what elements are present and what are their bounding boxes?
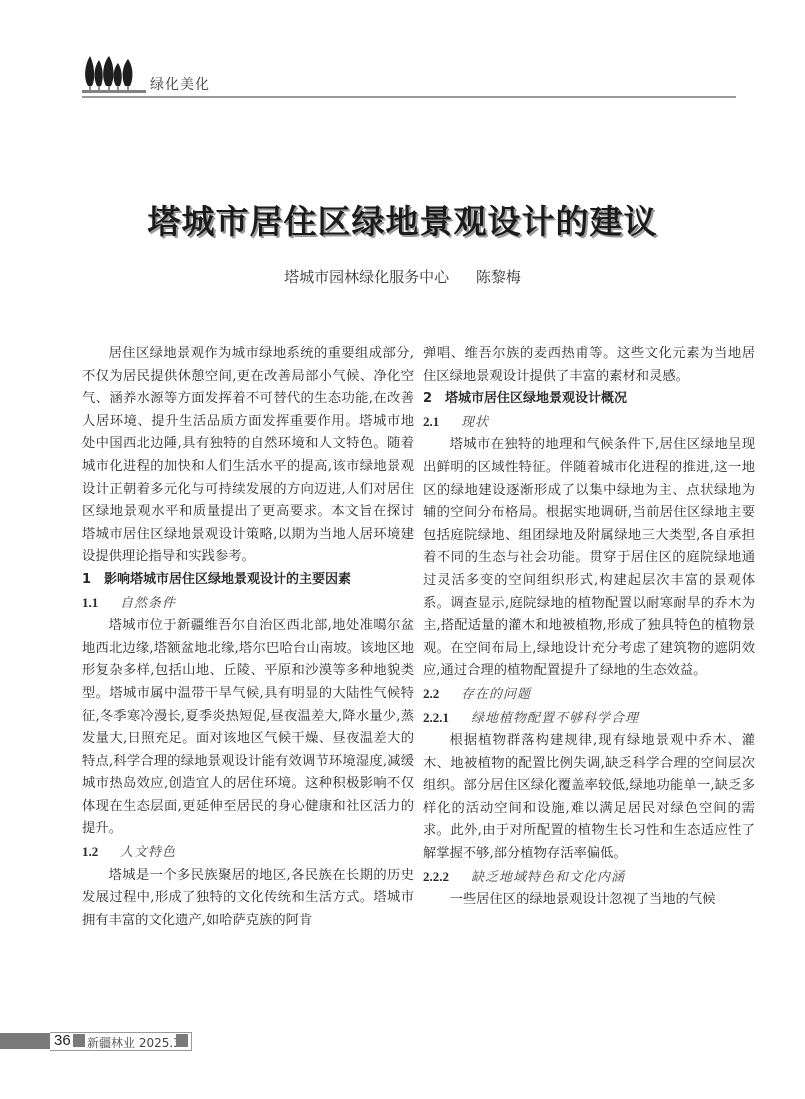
subsection-number: 2.2.1 [423, 707, 471, 730]
subsection-number: 2.1 [423, 411, 461, 434]
subsection-heading-1-1: 1.1自然条件 [82, 592, 414, 616]
footer-square [176, 1034, 188, 1047]
subsection-number: 1.2 [82, 841, 120, 864]
subsection-heading-2-2-1: 2.2.1绿地植物配置不够科学合理 [423, 707, 755, 731]
subsection-title: 人文特色 [120, 845, 176, 860]
subsection-title: 存在的问题 [461, 687, 531, 702]
section-number: 1 [82, 569, 104, 592]
right-column: 弹唱、维吾尔族的麦西热甫等。这些文化元素为当地居住区绿地景观设计提供了丰富的素材… [423, 343, 755, 912]
paragraph-natural-conditions: 塔城市位于新疆维吾尔自治区西北部,地处准噶尔盆地西北边缘,塔额盆地北缘,塔尔巴哈… [82, 615, 414, 841]
intro-paragraph: 居住区绿地景观作为城市绿地系统的重要组成部分,不仅为居民提供休憩空间,更在改善局… [82, 343, 414, 569]
section-heading-2: 2塔城市居住区绿地景观设计概况 [423, 388, 755, 411]
byline: 塔城市园林绿化服务中心 陈黎梅 [0, 266, 805, 287]
subsection-heading-2-1: 2.1现状 [423, 411, 755, 435]
section-number: 2 [423, 388, 445, 411]
subsection-title: 现状 [461, 415, 489, 430]
paragraph-regional-features: 一些居住区的绿地景观设计忽视了当地的气候 [423, 889, 755, 912]
subsection-heading-1-2: 1.2人文特色 [82, 841, 414, 865]
section-title: 塔城市居住区绿地景观设计概况 [445, 391, 627, 406]
page-number: 36 [54, 1032, 71, 1049]
article-title: 塔城市居住区绿地景观设计的建议 [0, 196, 805, 243]
paragraph-cultural-features: 塔城是一个多民族聚居的地区,各民族在长期的历史发展过程中,形成了独特的文化传统和… [82, 865, 414, 933]
subsection-title: 绿地植物配置不够科学合理 [471, 711, 639, 726]
footer-bar [0, 1033, 50, 1049]
subsection-heading-2-2-2: 2.2.2缺乏地域特色和文化内涵 [423, 866, 755, 890]
subsection-number: 2.2 [423, 683, 461, 706]
paragraph-plant-configuration: 根据植物群落构建规律,现有绿地景观中乔木、灌木、地被植物的配置比例失调,缺乏科学… [423, 730, 755, 866]
subsection-number: 2.2.2 [423, 866, 471, 889]
left-column: 居住区绿地景观作为城市绿地系统的重要组成部分,不仅为居民提供休憩空间,更在改善局… [82, 343, 414, 932]
header-rule [82, 96, 736, 98]
subsection-heading-2-2: 2.2存在的问题 [423, 683, 755, 707]
subsection-title: 自然条件 [120, 596, 176, 611]
footer-square [73, 1034, 85, 1047]
journal-issue: 新疆林业 2025.3 [87, 1034, 181, 1051]
trees-icon [82, 52, 146, 94]
subsection-title: 缺乏地域特色和文化内涵 [471, 870, 625, 885]
section-title: 影响塔城市居住区绿地景观设计的主要因素 [104, 572, 351, 587]
author-name: 陈黎梅 [476, 268, 521, 286]
paragraph-current-status: 塔城市在独特的地理和气候条件下,居住区绿地呈现出鲜明的区域性特征。伴随着城市化进… [423, 434, 755, 683]
section-heading-1: 1影响塔城市居住区绿地景观设计的主要因素 [82, 569, 414, 592]
running-header: 绿化美化 [82, 52, 736, 100]
author-organization: 塔城市园林绿化服务中心 [284, 268, 449, 286]
paragraph-continued: 弹唱、维吾尔族的麦西热甫等。这些文化元素为当地居住区绿地景观设计提供了丰富的素材… [423, 343, 755, 388]
section-tag: 绿化美化 [150, 74, 210, 94]
subsection-number: 1.1 [82, 592, 120, 615]
